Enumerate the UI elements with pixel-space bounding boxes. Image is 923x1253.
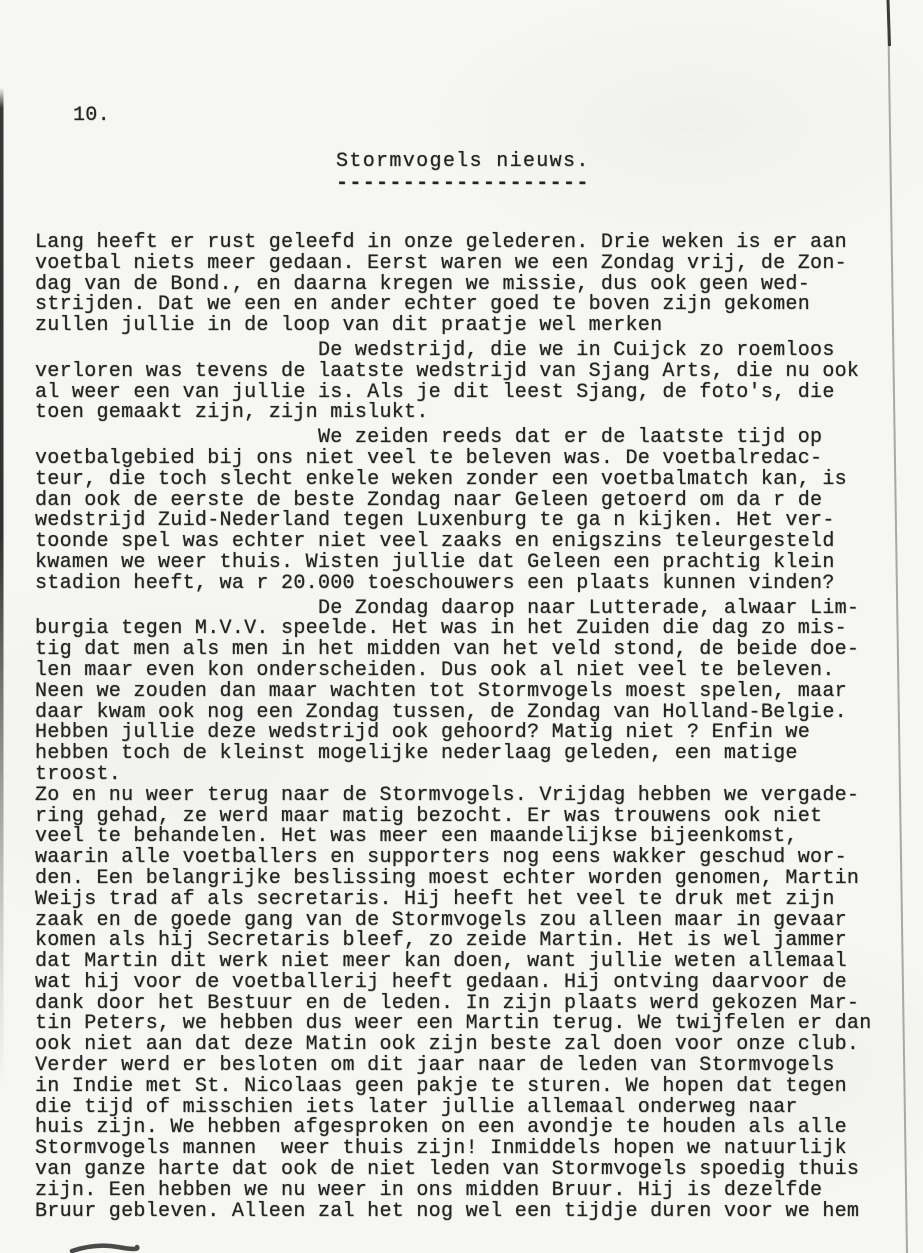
body-line: len maar even kon onderscheiden. Dus ook… bbox=[35, 661, 903, 682]
body-line: ook niet aan dat deze Matin ook zijn bes… bbox=[35, 1035, 903, 1056]
body-line: komen als hij Secretaris bleef, zo zeide… bbox=[35, 931, 903, 952]
body-line: We zeiden reeds dat er de laatste tijd o… bbox=[35, 428, 903, 449]
left-edge-scan-shadow bbox=[0, 88, 4, 1088]
body-line: waarin alle voetballers en supporters no… bbox=[35, 848, 903, 869]
body-line: kwamen we weer thuis. Wisten jullie dat … bbox=[35, 553, 903, 574]
body-line: troost. bbox=[35, 765, 903, 786]
body-line: Weijs trad af als secretaris. Hij heeft … bbox=[35, 890, 903, 911]
body-line: Stormvogels mannen weer thuis zijn! Inmi… bbox=[35, 1139, 903, 1160]
bottom-left-ink-smudge bbox=[72, 1246, 137, 1251]
page-number: 10. bbox=[73, 106, 110, 127]
page-title: Stormvogels nieuws. bbox=[336, 152, 590, 173]
right-edge-dark-tip bbox=[888, 0, 890, 46]
body-line: teur, die toch slecht enkele weken zonde… bbox=[35, 470, 903, 491]
body-line: Bruur gebleven. Alleen zal het nog wel e… bbox=[35, 1202, 903, 1223]
body-line: voetbal niets meer gedaan. Eerst waren w… bbox=[35, 254, 903, 275]
body-line: den. Een belangrijke beslissing moest ec… bbox=[35, 869, 903, 890]
body-line: tig dat men als men in het midden van he… bbox=[35, 640, 903, 661]
body-line: voetbalgebied bij ons niet veel te belev… bbox=[35, 449, 903, 470]
body-line: Neen we zouden dan maar wachten tot Stor… bbox=[35, 682, 903, 703]
body-line: in Indie met St. Nicolaas geen pakje te … bbox=[35, 1077, 903, 1098]
body-line: stadion heeft, wa r 20.000 toeschouwers … bbox=[35, 574, 903, 595]
body-text: Lang heeft er rust geleefd in onze geled… bbox=[35, 233, 903, 1222]
title-underline: ------------------- bbox=[336, 174, 590, 195]
body-line: toonde spel was echter niet veel zaaks e… bbox=[35, 532, 903, 553]
body-line: hebben toch de kleinst mogelijke nederla… bbox=[35, 744, 903, 765]
body-line: wat hij voor de voetballerij heeft gedaa… bbox=[35, 973, 903, 994]
body-line: dat Martin dit werk niet meer kan doen, … bbox=[35, 952, 903, 973]
body-line: Hebben jullie deze wedstrijd ook gehoord… bbox=[35, 723, 903, 744]
body-line: toen gemaakt zijn, zijn mislukt. bbox=[35, 403, 903, 424]
body-line: Lang heeft er rust geleefd in onze geled… bbox=[35, 233, 903, 254]
body-line: van ganze harte dat ook de niet leden va… bbox=[35, 1160, 903, 1181]
body-line: veel te behandelen. Het was meer een maa… bbox=[35, 827, 903, 848]
scanned-document-page: 10. Stormvogels nieuws. ----------------… bbox=[0, 0, 923, 1253]
body-line: zijn. Een hebben we nu weer in ons midde… bbox=[35, 1181, 903, 1202]
body-line: De wedstrijd, die we in Cuijck zo roemlo… bbox=[35, 341, 903, 362]
body-line: verloren was tevens de laatste wedstrijd… bbox=[35, 362, 903, 383]
body-line: zullen jullie in de loop van dit praatje… bbox=[35, 316, 903, 337]
body-line: Zo en nu weer terug naar de Stormvogels.… bbox=[35, 786, 903, 807]
body-line: Verder werd er besloten om dit jaar naar… bbox=[35, 1056, 903, 1077]
